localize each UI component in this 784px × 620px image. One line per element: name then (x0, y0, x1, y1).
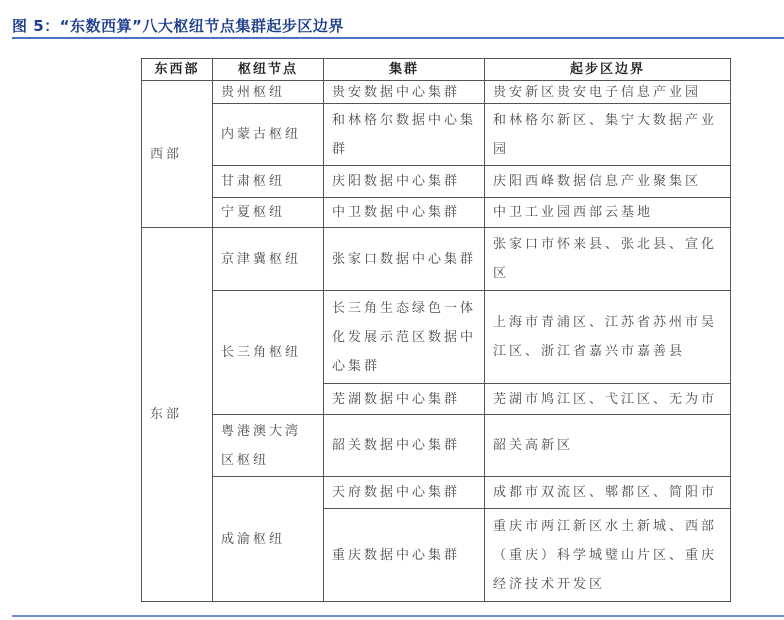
table-row: 甘肃枢纽 庆阳数据中心集群 庆阳西峰数据信息产业聚集区 (142, 166, 731, 198)
table-row: 东部 京津冀枢纽 张家口数据中心集群 张家口市怀来县、张北县、宣化区 (142, 228, 731, 291)
region-cell-east: 东部 (142, 228, 213, 602)
header-boundary: 起步区边界 (485, 59, 731, 81)
region-label: 西部 (150, 147, 182, 162)
figure-title: 图 5：“东数西算”八大枢纽节点集群起步区边界 (12, 15, 344, 36)
hub-cell: 贵州枢纽 (213, 81, 324, 104)
cluster-cell: 贵安数据中心集群 (324, 81, 485, 104)
boundary-cell: 贵安新区贵安电子信息产业园 (485, 81, 731, 104)
cluster-cell: 张家口数据中心集群 (324, 228, 485, 291)
table-header-row: 东西部 枢纽节点 集群 起步区边界 (142, 59, 731, 81)
bottom-rule (12, 615, 784, 617)
boundary-cell: 芜湖市鸠江区、弋江区、无为市 (485, 384, 731, 415)
hub-cell: 宁夏枢纽 (213, 198, 324, 228)
hub-cell: 粤港澳大湾区枢纽 (213, 415, 324, 477)
table-row: 内蒙古枢纽 和林格尔数据中心集群 和林格尔新区、集宁大数据产业园 (142, 104, 731, 166)
boundary-cell: 和林格尔新区、集宁大数据产业园 (485, 104, 731, 166)
boundary-cell: 庆阳西峰数据信息产业聚集区 (485, 166, 731, 198)
hub-cell: 甘肃枢纽 (213, 166, 324, 198)
boundary-cell: 张家口市怀来县、张北县、宣化区 (485, 228, 731, 291)
boundary-cell: 重庆市两江新区水土新城、西部（重庆）科学城璧山片区、重庆经济技术开发区 (485, 509, 731, 602)
header-cluster: 集群 (324, 59, 485, 81)
hub-cell: 长三角枢纽 (213, 291, 324, 415)
boundary-cell: 上海市青浦区、江苏省苏州市吴江区、浙江省嘉兴市嘉善县 (485, 291, 731, 384)
hub-cluster-table: 东西部 枢纽节点 集群 起步区边界 西部 贵州枢纽 贵安数据中心集群 贵安新区贵… (141, 58, 731, 602)
boundary-cell: 成都市双流区、郫都区、简阳市 (485, 477, 731, 509)
table-row: 西部 贵州枢纽 贵安数据中心集群 贵安新区贵安电子信息产业园 (142, 81, 731, 104)
table-row: 成渝枢纽 天府数据中心集群 成都市双流区、郫都区、简阳市 (142, 477, 731, 509)
hub-cell: 内蒙古枢纽 (213, 104, 324, 166)
cluster-cell: 天府数据中心集群 (324, 477, 485, 509)
boundary-cell: 韶关高新区 (485, 415, 731, 477)
cluster-cell: 芜湖数据中心集群 (324, 384, 485, 415)
cluster-cell: 和林格尔数据中心集群 (324, 104, 485, 166)
hub-cell: 成渝枢纽 (213, 477, 324, 602)
hub-cell: 京津冀枢纽 (213, 228, 324, 291)
table-row: 粤港澳大湾区枢纽 韶关数据中心集群 韶关高新区 (142, 415, 731, 477)
cluster-cell: 重庆数据中心集群 (324, 509, 485, 602)
table-row: 宁夏枢纽 中卫数据中心集群 中卫工业园西部云基地 (142, 198, 731, 228)
title-underline (12, 37, 784, 39)
cluster-cell: 长三角生态绿色一体化发展示范区数据中心集群 (324, 291, 485, 384)
region-label: 东部 (150, 407, 182, 422)
cluster-cell: 中卫数据中心集群 (324, 198, 485, 228)
header-hub: 枢纽节点 (213, 59, 324, 81)
header-region: 东西部 (142, 59, 213, 81)
boundary-cell: 中卫工业园西部云基地 (485, 198, 731, 228)
cluster-cell: 韶关数据中心集群 (324, 415, 485, 477)
region-cell-west: 西部 (142, 81, 213, 228)
table-row: 长三角枢纽 长三角生态绿色一体化发展示范区数据中心集群 上海市青浦区、江苏省苏州… (142, 291, 731, 384)
cluster-cell: 庆阳数据中心集群 (324, 166, 485, 198)
